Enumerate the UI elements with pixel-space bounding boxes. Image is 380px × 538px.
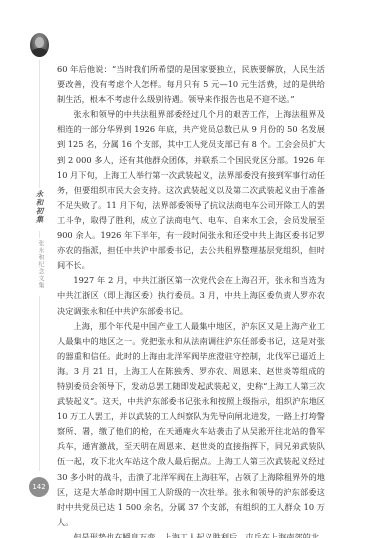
paragraph: 但是形势也在瞬息万变。上海工人起义胜利后，屯兵在上海南郊的北 [57, 530, 325, 538]
paragraph: 上海，那个年代是中国产业工人最集中地区，沪东区又是上海产业工人最集中的地区之一。… [57, 319, 325, 530]
paragraph: 张永和领导的中共法租界部委经过几个月的艰苦工作，上海法租界及相连的一部分华界到 … [57, 107, 325, 273]
margin-rule-top [39, 60, 40, 188]
margin-rule-middle [39, 231, 40, 238]
portrait-face [35, 37, 44, 48]
body-text: 60 年后他说：“当时我们所希望的是国家要独立，民族要解放，人民生活要改善，没有… [57, 62, 325, 538]
paragraph: 60 年后他说：“当时我们所希望的是国家要独立，民族要解放，人民生活要改善，没有… [57, 62, 325, 107]
page-number-badge: 142 [29, 477, 49, 497]
portrait-body [31, 48, 48, 57]
book-title-vertical: 永和初集 [33, 190, 45, 224]
margin-rule-bottom [39, 296, 40, 471]
book-subtitle-vertical: 张永和纪念文集 [34, 240, 45, 289]
paragraph: 1927 年 2 月，中共江浙区第一次党代会在上海召开，张永和当选为中共江浙区（… [57, 273, 325, 318]
portrait-photo-icon [30, 33, 49, 57]
